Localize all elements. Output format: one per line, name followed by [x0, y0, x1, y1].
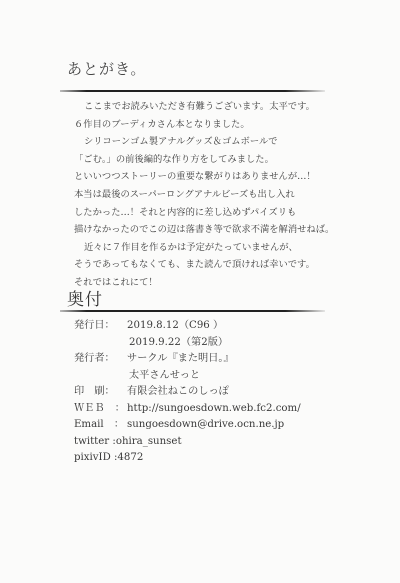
value: サークル『また明日。』 [127, 351, 234, 368]
colophon-body: 発行日：2019.8.12（C96 ） 2019.9.22（第2版） 発行者：サ… [74, 318, 301, 467]
afterword-title: あとがき。 [67, 58, 146, 79]
label: pixivID : [74, 450, 117, 467]
afterword-line: ６作目のブーディカさん本となりました。 [74, 116, 374, 134]
afterword-line: 近々に７作目を作るかは予定がたっていませんが、 [74, 239, 374, 257]
colophon-row-date-2: 2019.9.22（第2版） [74, 335, 301, 352]
afterword-line: 描けなかったのでこの辺は落書き等で欲求不満を解消せねば。 [74, 221, 374, 239]
colophon-title: 奥付 [67, 285, 103, 310]
label: 発行者： [74, 351, 127, 368]
colophon-row-publisher-2: 太平さんせっと [74, 368, 301, 385]
colophon-row-web: ＷＥＢ ：http://sungoesdown.web.fc2.com/ [74, 401, 301, 418]
afterword-line: といいつつストーリーの重要な繋がりはありませんが…！ [74, 168, 374, 186]
label: Email ： [74, 417, 127, 434]
afterword-body: ここまでお読みいただき有難うございます。太平です。 ６作目のブーディカさん本とな… [74, 98, 374, 292]
colophon-row-date: 発行日：2019.8.12（C96 ） [74, 318, 301, 335]
colophon-row-twitter: twitter : ohira_sunset [74, 434, 301, 451]
colophon-row-publisher: 発行者：サークル『また明日。』 [74, 351, 301, 368]
colophon-row-pixiv: pixivID : 4872 [74, 450, 301, 467]
label: 印 刷： [74, 384, 127, 401]
afterword-line: 「ごむ。」の前後編的な作り方をしてみました。 [74, 151, 374, 169]
label: ＷＥＢ ： [74, 401, 127, 418]
afterword-line: したかった…！それと内容的に差し込めずパイズリも [74, 204, 374, 222]
afterword-line: シリコーンゴム製アナルグッズ＆ゴムボールで [74, 133, 374, 151]
label: 発行日： [74, 318, 127, 335]
email-address: sungoesdown@drive.ocn.ne.jp [127, 417, 284, 434]
pixiv-id: 4872 [117, 450, 143, 467]
afterword-line: それではこれにて！ [74, 274, 374, 292]
colophon-divider [60, 310, 325, 312]
label: twitter : [74, 434, 116, 451]
afterword-divider [60, 90, 325, 92]
colophon-row-printer: 印 刷：有限会社ねこのしっぽ [74, 384, 301, 401]
value: 太平さんせっと [129, 368, 200, 385]
value: 2019.8.12（C96 ） [127, 318, 223, 335]
colophon-row-email: Email ：sungoesdown@drive.ocn.ne.jp [74, 417, 301, 434]
afterword-line: そうであってもなくても、また読んで頂ければ幸いです。 [74, 256, 374, 274]
web-url: http://sungoesdown.web.fc2.com/ [127, 401, 301, 418]
twitter-handle: ohira_sunset [116, 434, 182, 451]
afterword-line: ここまでお読みいただき有難うございます。太平です。 [74, 98, 374, 116]
afterword-line: 本当は最後のスーパーロングアナルビーズも出し入れ [74, 186, 374, 204]
value: 有限会社ねこのしっぽ [127, 384, 229, 401]
value: 2019.9.22（第2版） [129, 335, 228, 352]
